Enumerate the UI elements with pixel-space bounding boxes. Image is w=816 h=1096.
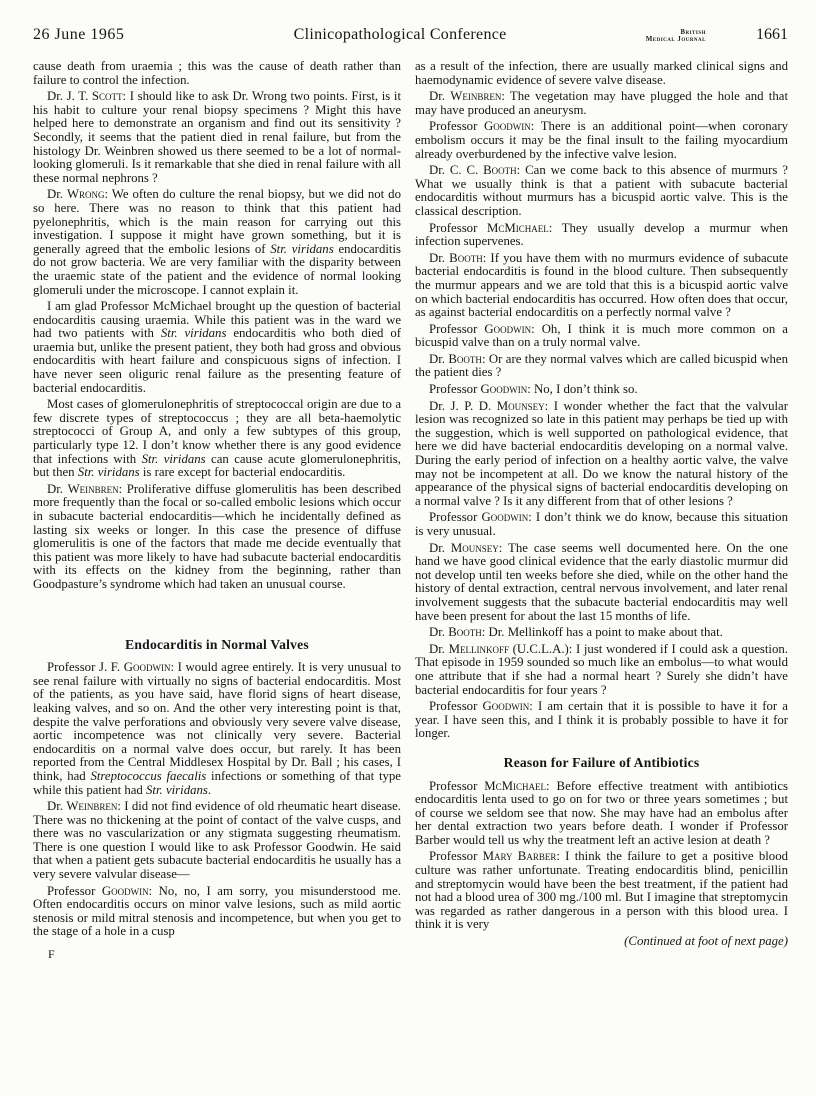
speaker-name: McMichael	[487, 221, 549, 235]
speaker-name: Goodwin	[483, 699, 530, 713]
speaker-name: Weinbren	[66, 799, 117, 813]
text-segment: Dr. J. P. D.	[429, 399, 497, 413]
text-segment: is rare except for bacterial endocarditi…	[140, 465, 346, 479]
text-segment: Dr. J. T.	[47, 89, 92, 103]
text-segment: Dr. C. C.	[429, 163, 483, 177]
text-segment: : I wonder whether the fact that the val…	[415, 399, 788, 508]
section-heading: Reason for Failure of Antibiotics	[415, 756, 788, 770]
paragraph: Professor J. F. Goodwin: I would agree e…	[33, 661, 401, 797]
italic-term: Str. viridans	[161, 326, 227, 340]
paragraph: Professor McMichael: They usually develo…	[415, 222, 788, 249]
text-segment: Dr.	[47, 482, 68, 496]
paragraph: Dr. Mellinkoff (U.C.L.A.): I just wonder…	[415, 643, 788, 697]
text-segment: Dr.	[47, 187, 67, 201]
speaker-name: Mounsey	[451, 541, 499, 555]
text-segment: : I would agree entirely. It is very unu…	[33, 660, 401, 783]
page-header: 26 June 1965 Clinicopathological Confere…	[33, 26, 788, 44]
paragraph: as a result of the infection, there are …	[415, 60, 788, 87]
paragraph: Dr. Weinbren: Proliferative diffuse glom…	[33, 483, 401, 592]
speaker-name: McMichael	[484, 779, 546, 793]
text-segment: : Proliferative diffuse glomerulitis has…	[33, 482, 401, 591]
paragraph: Professor Goodwin: There is an additiona…	[415, 120, 788, 161]
journal-name: British Medical Journal	[646, 29, 706, 44]
text-segment: Professor	[429, 699, 483, 713]
text-segment: Professor	[429, 382, 481, 396]
text-segment: Professor	[429, 510, 481, 524]
continuation-note: (Continued at foot of next page)	[415, 935, 788, 949]
paragraph: Dr. Booth: Dr. Mellinkoff has a point to…	[415, 626, 788, 640]
text-segment: Professor	[429, 849, 483, 863]
page-title: Clinicopathological Conference	[124, 26, 646, 44]
paragraph: Dr. Weinbren: The vegetation may have pl…	[415, 90, 788, 117]
text-segment: Dr.	[429, 251, 449, 265]
folio-mark: F	[48, 948, 401, 962]
paragraph: cause death from uraemia ; this was the …	[33, 60, 401, 87]
speaker-name: Mounsey	[497, 399, 545, 413]
text-segment: Dr.	[429, 541, 451, 555]
text-segment: : No, I don’t think so.	[527, 382, 637, 396]
two-column-body: cause death from uraemia ; this was the …	[33, 60, 788, 962]
text-segment: : Dr. Mellinkoff has a point to make abo…	[482, 625, 723, 639]
paragraph: Dr. Wrong: We often do culture the renal…	[33, 188, 401, 297]
paragraph: Dr. J. T. Scott: I should like to ask Dr…	[33, 90, 401, 185]
paragraph: I am glad Professor McMichael brought up…	[33, 300, 401, 395]
speaker-name: Booth	[448, 625, 482, 639]
paragraph: Dr. J. P. D. Mounsey: I wonder whether t…	[415, 400, 788, 509]
paragraph: Professor McMichael: Before effective tr…	[415, 780, 788, 848]
speaker-name: Mary Barber	[483, 849, 557, 863]
italic-term: Str. viridans	[142, 452, 206, 466]
journal-name-line2: Medical Journal	[646, 36, 706, 43]
speaker-name: Booth	[448, 352, 482, 366]
speaker-name: Goodwin	[481, 510, 528, 524]
text-segment: Professor	[429, 119, 484, 133]
speaker-name: Goodwin	[102, 884, 149, 898]
section-heading: Endocarditis in Normal Valves	[33, 638, 401, 652]
page-number: 1661	[756, 26, 788, 44]
speaker-name: Weinbren	[68, 482, 119, 496]
paragraph: Professor Goodwin: Oh, I think it is muc…	[415, 323, 788, 350]
journal-name-line1: British	[680, 29, 706, 36]
paragraph: Professor Goodwin: No, I don’t think so.	[415, 383, 788, 397]
paragraph: Professor Goodwin: I am certain that it …	[415, 700, 788, 741]
speaker-name: Goodwin	[484, 119, 531, 133]
speaker-name: Weinbren	[450, 89, 501, 103]
text-segment: Dr.	[429, 642, 449, 656]
text-segment: Dr.	[47, 799, 66, 813]
paragraph: Dr. Mounsey: The case seems well documen…	[415, 542, 788, 624]
speaker-name: Wrong	[67, 187, 105, 201]
text-segment: Professor	[429, 221, 487, 235]
speaker-name: Goodwin	[484, 322, 531, 336]
paragraph: Professor Goodwin: No, no, I am sorry, y…	[33, 885, 401, 939]
paragraph: Most cases of glomerulonephritis of stre…	[33, 398, 401, 480]
text-segment: Professor J. F.	[47, 660, 124, 674]
text-segment: Dr.	[429, 625, 448, 639]
italic-term: Str. viridans	[78, 465, 140, 479]
paragraph: Professor Mary Barber: I think the failu…	[415, 850, 788, 932]
paragraph: Dr. C. C. Booth: Can we come back to thi…	[415, 164, 788, 218]
paragraph: Dr. Booth: If you have them with no murm…	[415, 252, 788, 320]
speaker-name: Scott	[92, 89, 123, 103]
paragraph: Dr. Booth: Or are they normal valves whi…	[415, 353, 788, 380]
text-segment: : I should like to ask Dr. Wrong two poi…	[33, 89, 401, 185]
speaker-name: Mellinkoff	[449, 642, 509, 656]
text-segment: Professor	[429, 322, 484, 336]
italic-term: Str. viridans	[270, 242, 333, 256]
text-segment: Dr.	[429, 89, 450, 103]
left-column: cause death from uraemia ; this was the …	[33, 60, 401, 962]
text-segment: Professor	[47, 884, 102, 898]
text-segment: .	[208, 783, 211, 797]
paragraph: Dr. Weinbren: I did not find evidence of…	[33, 800, 401, 882]
speaker-name: Goodwin	[124, 660, 171, 674]
text-segment: Professor	[429, 779, 484, 793]
text-segment: cause death from uraemia ; this was the …	[33, 59, 401, 87]
journal-page: 26 June 1965 Clinicopathological Confere…	[0, 0, 816, 962]
speaker-name: Booth	[483, 163, 517, 177]
right-column: as a result of the infection, there are …	[415, 60, 788, 962]
text-segment: Dr.	[429, 352, 448, 366]
speaker-name: Goodwin	[481, 382, 528, 396]
speaker-name: Booth	[449, 251, 483, 265]
italic-term: Str. viridans	[146, 783, 208, 797]
paragraph: Professor Goodwin: I don’t think we do k…	[415, 511, 788, 538]
italic-term: Streptococcus faecalis	[90, 769, 206, 783]
text-segment: as a result of the infection, there are …	[415, 59, 788, 87]
issue-date: 26 June 1965	[33, 26, 124, 44]
